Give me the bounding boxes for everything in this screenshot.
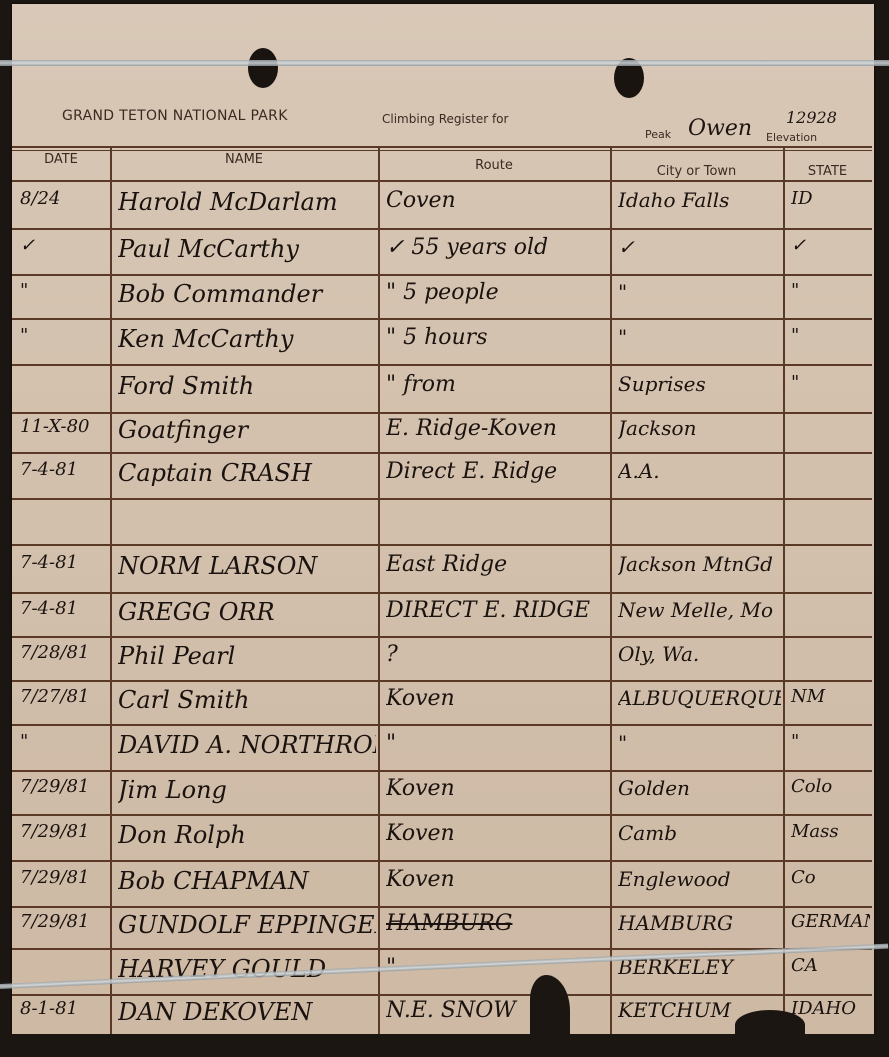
cell-name: Captain CRASH xyxy=(118,459,376,487)
cell-date: " xyxy=(20,280,108,301)
cell-date: 7/29/81 xyxy=(20,867,108,888)
cell-city: Suprises xyxy=(618,372,781,396)
row-rule xyxy=(12,680,872,682)
row-rule xyxy=(12,814,872,816)
cell-name: Bob CHAPMAN xyxy=(118,867,376,895)
cell-date: ✓ xyxy=(20,235,108,256)
cell-route: ✓ 55 years old xyxy=(386,235,608,260)
cell-city: " xyxy=(618,325,781,349)
cell-route: ? xyxy=(386,642,608,667)
punch-hole-left xyxy=(248,48,278,88)
cell-name: Jim Long xyxy=(118,776,376,804)
cell-date: 7-4-81 xyxy=(20,598,108,619)
park-title: GRAND TETON NATIONAL PARK xyxy=(62,108,288,124)
cell-name: Don Rolph xyxy=(118,821,376,849)
row-rule xyxy=(12,146,872,148)
cell-name: Ford Smith xyxy=(118,372,376,400)
cell-route: " 5 hours xyxy=(386,325,608,350)
peak-label: Peak xyxy=(645,128,671,141)
cell-route: Koven xyxy=(386,776,608,801)
cell-state: " xyxy=(791,731,870,752)
cell-route: HAMBURG xyxy=(386,911,608,936)
cell-state: GERMAN. xyxy=(791,911,870,932)
cell-name: Goatfinger xyxy=(118,416,376,444)
register-label: Climbing Register for xyxy=(382,112,508,126)
cell-route: N.E. SNOW xyxy=(386,998,608,1023)
cell-city: Englewood xyxy=(618,867,781,891)
row-rule xyxy=(12,636,872,638)
cell-city: Golden xyxy=(618,776,781,800)
cell-state: " xyxy=(791,325,870,346)
column-header-name: NAME xyxy=(110,152,378,167)
cell-date: 7/28/81 xyxy=(20,642,108,663)
column-header-date: DATE xyxy=(12,152,110,167)
elevation-label: Elevation xyxy=(766,131,817,144)
cell-date: 8/24 xyxy=(20,188,108,209)
column-rule xyxy=(783,146,785,1034)
row-rule xyxy=(12,724,872,726)
cell-name: Bob Commander xyxy=(118,280,376,308)
cell-state: CA xyxy=(791,955,870,976)
cell-date: " xyxy=(20,325,108,346)
row-rule xyxy=(12,364,872,366)
cell-route: E. Ridge-Koven xyxy=(386,416,608,441)
row-rule xyxy=(12,994,872,996)
cell-state: ID xyxy=(791,188,870,209)
cell-state: " xyxy=(791,280,870,301)
cell-route: Koven xyxy=(386,686,608,711)
cell-state: ✓ xyxy=(791,235,870,256)
cell-date: 8-1-81 xyxy=(20,998,108,1019)
row-rule xyxy=(12,770,872,772)
cell-name: NORM LARSON xyxy=(118,552,376,580)
cell-date: 7-4-81 xyxy=(20,459,108,480)
row-rule xyxy=(12,452,872,454)
row-rule xyxy=(12,906,872,908)
cell-name: Harold McDarlam xyxy=(118,188,376,216)
row-rule xyxy=(12,180,872,182)
row-rule xyxy=(12,592,872,594)
cell-route: " xyxy=(386,731,608,756)
column-header-state: STATE xyxy=(783,164,872,179)
cell-date: 7/27/81 xyxy=(20,686,108,707)
row-rule xyxy=(12,544,872,546)
cell-route: " from xyxy=(386,372,608,397)
cell-route: DIRECT E. RIDGE xyxy=(386,598,608,623)
cell-state: Colo xyxy=(791,776,870,797)
cell-route: Koven xyxy=(386,867,608,892)
cell-city: " xyxy=(618,731,781,755)
cell-route: East Ridge xyxy=(386,552,608,577)
cell-city: " xyxy=(618,280,781,304)
column-header-city: City or Town xyxy=(610,164,783,179)
cell-state: Co xyxy=(791,867,870,888)
row-rule xyxy=(12,412,872,414)
cell-date: 7-4-81 xyxy=(20,552,108,573)
peak-value: Owen xyxy=(688,116,752,141)
cell-date: 7/29/81 xyxy=(20,776,108,797)
column-rule xyxy=(610,146,612,1034)
cell-date: 11-X-80 xyxy=(20,416,108,437)
row-rule xyxy=(12,274,872,276)
cell-name: DAVID A. NORTHROP xyxy=(118,731,376,759)
cell-state: NM xyxy=(791,686,870,707)
elevation-value: 12928 xyxy=(786,108,837,127)
row-rule xyxy=(12,860,872,862)
cell-city: Camb xyxy=(618,821,781,845)
row-rule xyxy=(12,228,872,230)
cell-name: Phil Pearl xyxy=(118,642,376,670)
cell-name: Ken McCarthy xyxy=(118,325,376,353)
row-rule xyxy=(12,498,872,500)
cell-route: Coven xyxy=(386,188,608,213)
cell-city: New Melle, Mo xyxy=(618,598,781,622)
cell-date: 7/29/81 xyxy=(20,821,108,842)
cell-city: ✓ xyxy=(618,235,781,259)
cell-city: Jackson MtnGd xyxy=(618,552,781,576)
column-rule xyxy=(110,146,112,1034)
cell-state: " xyxy=(791,372,870,393)
cell-name: Carl Smith xyxy=(118,686,376,714)
cell-route: " 5 people xyxy=(386,280,608,305)
cell-name: DAN DEKOVEN xyxy=(118,998,376,1026)
cell-name: Paul McCarthy xyxy=(118,235,376,263)
row-rule xyxy=(12,318,872,320)
hanging-string xyxy=(0,60,889,66)
cell-date: 7/29/81 xyxy=(20,911,108,932)
cell-date: " xyxy=(20,731,108,752)
column-rule xyxy=(378,146,380,1034)
cell-name: GUNDOLF EPPINGER xyxy=(118,911,376,939)
cell-city: A.A. xyxy=(618,459,781,483)
torn-notch xyxy=(735,1010,805,1040)
column-header-route: Route xyxy=(378,158,610,173)
cell-city: HAMBURG xyxy=(618,911,781,935)
cell-state: Mass xyxy=(791,821,870,842)
cell-city: Oly, Wa. xyxy=(618,642,781,666)
cell-state: IDAHO xyxy=(791,998,870,1019)
row-rule xyxy=(12,150,872,151)
cell-route: Direct E. Ridge xyxy=(386,459,608,484)
cell-name: GREGG ORR xyxy=(118,598,376,626)
cell-city: Jackson xyxy=(618,416,781,440)
cell-city: ALBUQUERQUE xyxy=(618,686,781,710)
cell-city: Idaho Falls xyxy=(618,188,781,212)
cell-route: Koven xyxy=(386,821,608,846)
